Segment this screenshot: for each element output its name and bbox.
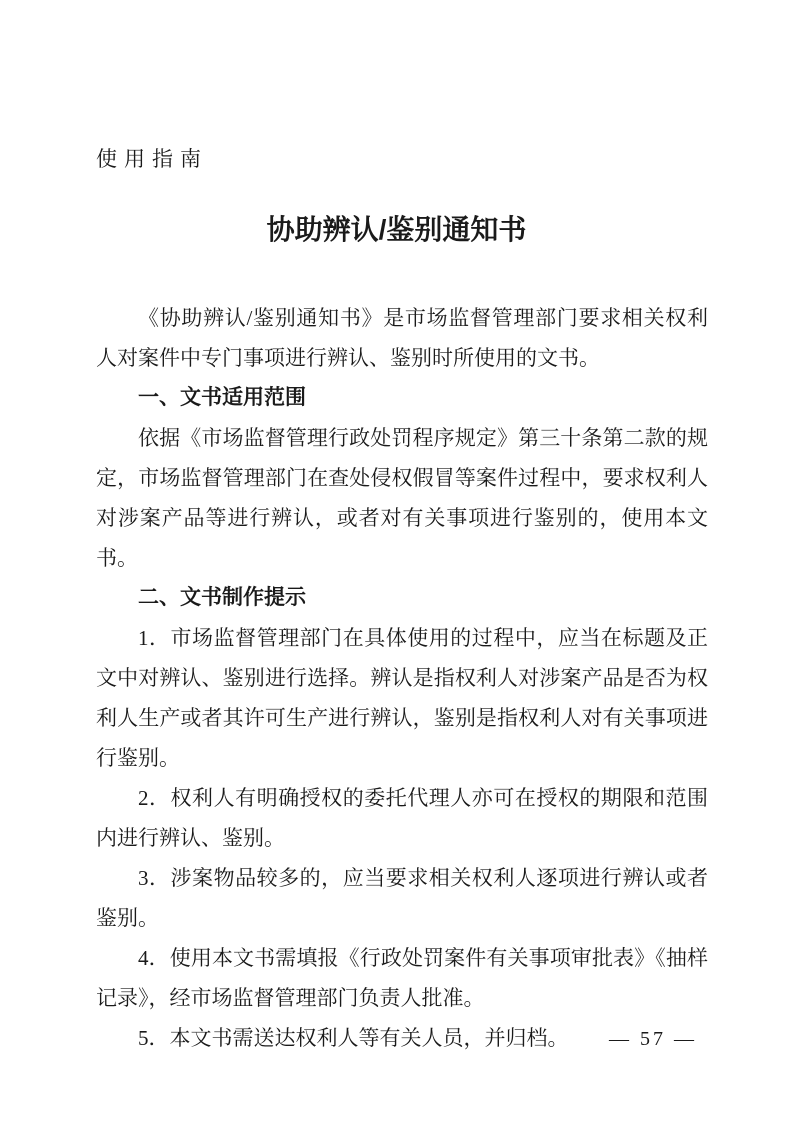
section2-heading: 二、文书制作提示: [96, 578, 708, 618]
section1-heading: 一、文书适用范围: [96, 378, 708, 418]
document-page: 使用指南 协助辨认/鉴别通知书 《协助辨认/鉴别通知书》是市场监督管理部门要求相…: [0, 0, 793, 1122]
section2-item-1: 1．市场监督管理部门在具体使用的过程中，应当在标题及正文中对辨认、鉴别进行选择。…: [96, 618, 708, 778]
section2-item-2: 2．权利人有明确授权的委托代理人亦可在授权的期限和范围内进行辨认、鉴别。: [96, 778, 708, 858]
section2-item-3: 3．涉案物品较多的，应当要求相关权利人逐项进行辨认或者鉴别。: [96, 858, 708, 938]
section1-paragraph: 依据《市场监督管理行政处罚程序规定》第三十条第二款的规定，市场监督管理部门在查处…: [96, 418, 708, 578]
document-body: 《协助辨认/鉴别通知书》是市场监督管理部门要求相关权利人对案件中专门事项进行辨认…: [96, 298, 708, 1058]
page-number: — 57 —: [609, 1028, 697, 1051]
section2-item-4: 4．使用本文书需填报《行政处罚案件有关事项审批表》《抽样记录》，经市场监督管理部…: [96, 938, 708, 1018]
intro-paragraph: 《协助辨认/鉴别通知书》是市场监督管理部门要求相关权利人对案件中专门事项进行辨认…: [96, 298, 708, 378]
page-header-label: 使用指南: [96, 143, 208, 173]
document-title: 协助辨认/鉴别通知书: [0, 208, 793, 248]
